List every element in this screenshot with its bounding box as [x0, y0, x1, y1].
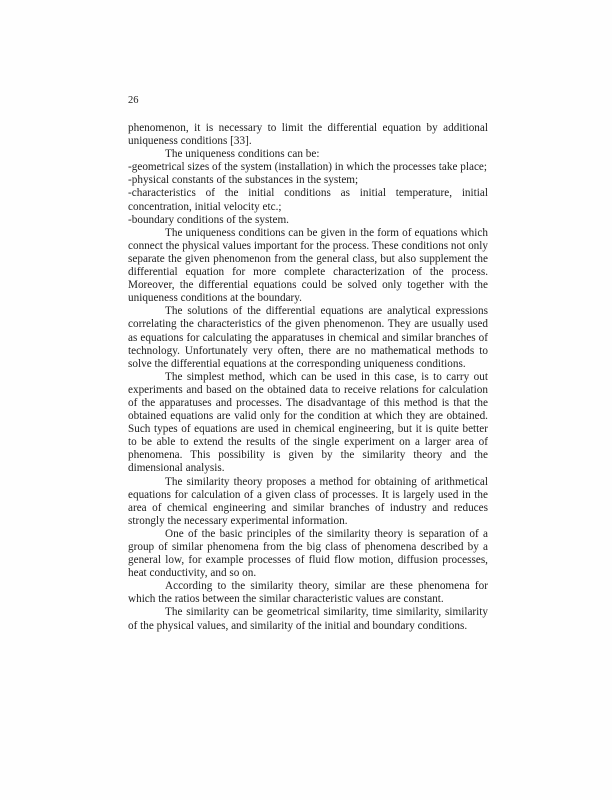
body-text: phenomenon, it is necessary to limit the…: [128, 122, 488, 633]
list-item: -boundary conditions of the system.: [128, 214, 488, 227]
paragraph: The uniqueness conditions can be:: [128, 148, 488, 161]
list-item: -geometrical sizes of the system (instal…: [128, 161, 488, 174]
list-item: -characteristics of the initial conditio…: [128, 187, 488, 213]
list-item: -physical constants of the substances in…: [128, 174, 488, 187]
paragraph: The uniqueness conditions can be given i…: [128, 227, 488, 306]
paragraph: One of the basic principles of the simil…: [128, 528, 488, 580]
paragraph: The similarity can be geometrical simila…: [128, 606, 488, 632]
page-number: 26: [128, 95, 139, 106]
paragraph: The solutions of the differential equati…: [128, 305, 488, 370]
paragraph: The simplest method, which can be used i…: [128, 371, 488, 476]
paragraph: The similarity theory proposes a method …: [128, 476, 488, 528]
document-page: 26 phenomenon, it is necessary to limit …: [0, 0, 612, 800]
paragraph-continuation: phenomenon, it is necessary to limit the…: [128, 122, 488, 148]
paragraph: According to the similarity theory, simi…: [128, 580, 488, 606]
